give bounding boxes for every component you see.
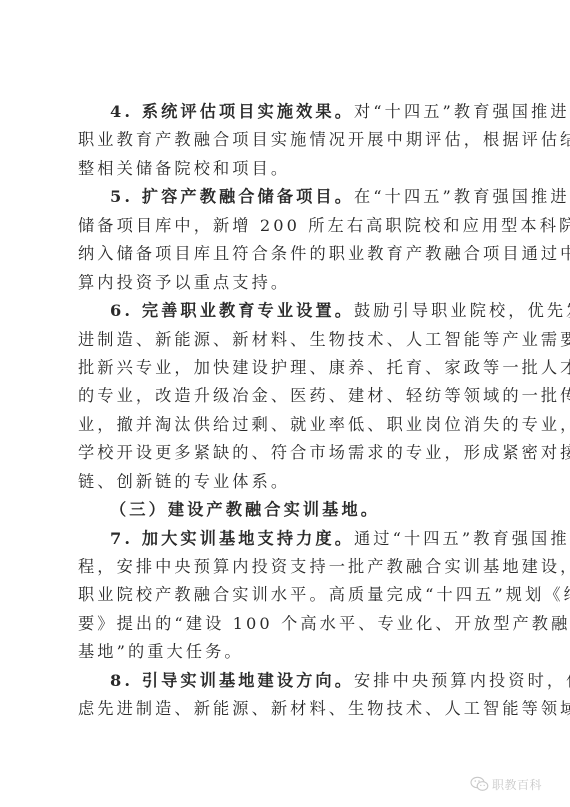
paragraph-heading: 7. 加大实训基地支持力度。 <box>110 529 354 548</box>
document-page: 4. 系统评估项目实施效果。对“十四五”教育强国推进工程职业教育产教融合项目实施… <box>0 0 570 807</box>
paragraph-first-line: 5. 扩容产教融合储备项目。在“十四五”教育强国推进工程 <box>78 183 496 211</box>
paragraph-first-line: （三）建设产教融合实训基地。 <box>78 496 496 524</box>
paragraph-text: 对“十四五”教育强国推进工程 <box>354 102 570 121</box>
paragraph-line: 批新兴专业，加快建设护理、康养、托育、家政等一批人才紧缺 <box>78 354 496 382</box>
paragraph-line: 链、创新链的专业体系。 <box>78 468 496 496</box>
paragraph-heading: 6. 完善职业教育专业设置。 <box>110 301 354 320</box>
paragraph-first-line: 6. 完善职业教育专业设置。鼓励引导职业院校，优先发展先 <box>78 297 496 325</box>
paragraph-text: 纳入储备项目库且符合条件的职业教育产教融合项目通过中央预 <box>78 244 570 263</box>
paragraph-text: 批新兴专业，加快建设护理、康养、托育、家政等一批人才紧缺 <box>78 358 570 377</box>
paragraph-line: 职业教育产教融合项目实施情况开展中期评估，根据评估结果调 <box>78 126 496 154</box>
paragraph-line: 学校开设更多紧缺的、符合市场需求的专业，形成紧密对接产业 <box>78 439 496 467</box>
paragraph-text: 通过“十四五”教育强国推进工 <box>354 529 570 548</box>
paragraph-heading: 8. 引导实训基地建设方向。 <box>110 671 354 690</box>
paragraph-text: 业，撤并淘汰供给过剩、就业率低、职业岗位消失的专业，鼓励 <box>78 415 570 434</box>
paragraph-line: 要》提出的“建设 100 个高水平、专业化、开放型产教融合实训 <box>78 610 496 638</box>
wechat-icon <box>470 776 490 792</box>
paragraph-line: 虑先进制造、新能源、新材料、生物技术、人工智能等领域以及 <box>78 695 496 723</box>
paragraph-line: 基地”的重大任务。 <box>78 638 496 666</box>
paragraph-text: 学校开设更多紧缺的、符合市场需求的专业，形成紧密对接产业 <box>78 443 570 462</box>
paragraph-text: 在“十四五”教育强国推进工程 <box>354 187 570 206</box>
paragraph-text: 链、创新链的专业体系。 <box>78 472 290 491</box>
paragraph-line: 储备项目库中，新增 200 所左右高职院校和应用型本科院校，对 <box>78 212 496 240</box>
paragraph-text: 算内投资予以重点支持。 <box>78 273 290 292</box>
paragraph-heading: 4. 系统评估项目实施效果。 <box>110 102 354 121</box>
paragraph-text: 程，安排中央预算内投资支持一批产教融合实训基地建设，提升 <box>78 557 570 576</box>
watermark-text: 职教百科 <box>492 776 542 793</box>
paragraph-text: 职业院校产教融合实训水平。高质量完成“十四五”规划《纲 <box>78 585 570 604</box>
paragraph-first-line: 7. 加大实训基地支持力度。通过“十四五”教育强国推进工 <box>78 525 496 553</box>
paragraph-text: 的专业，改造升级冶金、医药、建材、轻纺等领域的一批传统专 <box>78 386 570 405</box>
paragraph-text: 鼓励引导职业院校，优先发展先 <box>354 301 570 320</box>
paragraph-line: 算内投资予以重点支持。 <box>78 269 496 297</box>
paragraph-text: 储备项目库中，新增 200 所左右高职院校和应用型本科院校，对 <box>78 216 570 235</box>
paragraph-line: 职业院校产教融合实训水平。高质量完成“十四五”规划《纲 <box>78 581 496 609</box>
paragraph-text: 要》提出的“建设 100 个高水平、专业化、开放型产教融合实训 <box>78 614 570 633</box>
paragraph-heading: 5. 扩容产教融合储备项目。 <box>110 187 354 206</box>
paragraph-text: 整相关储备院校和项目。 <box>78 159 290 178</box>
document-body: 4. 系统评估项目实施效果。对“十四五”教育强国推进工程职业教育产教融合项目实施… <box>78 98 496 724</box>
paragraph-text: 进制造、新能源、新材料、生物技术、人工智能等产业需要的一 <box>78 330 570 349</box>
paragraph-text: 职业教育产教融合项目实施情况开展中期评估，根据评估结果调 <box>78 130 570 149</box>
paragraph-line: 整相关储备院校和项目。 <box>78 155 496 183</box>
watermark: 职教百科 <box>470 775 542 793</box>
paragraph-line: 程，安排中央预算内投资支持一批产教融合实训基地建设，提升 <box>78 553 496 581</box>
paragraph-text: 虑先进制造、新能源、新材料、生物技术、人工智能等领域以及 <box>78 699 570 718</box>
paragraph-line: 进制造、新能源、新材料、生物技术、人工智能等产业需要的一 <box>78 326 496 354</box>
paragraph-first-line: 8. 引导实训基地建设方向。安排中央预算内投资时，优先考 <box>78 667 496 695</box>
paragraph-first-line: 4. 系统评估项目实施效果。对“十四五”教育强国推进工程 <box>78 98 496 126</box>
paragraph-heading: （三）建设产教融合实训基地。 <box>110 500 380 519</box>
paragraph-line: 业，撤并淘汰供给过剩、就业率低、职业岗位消失的专业，鼓励 <box>78 411 496 439</box>
paragraph-text: 安排中央预算内投资时，优先考 <box>354 671 570 690</box>
paragraph-line: 纳入储备项目库且符合条件的职业教育产教融合项目通过中央预 <box>78 240 496 268</box>
paragraph-line: 的专业，改造升级冶金、医药、建材、轻纺等领域的一批传统专 <box>78 382 496 410</box>
paragraph-text: 基地”的重大任务。 <box>78 642 244 661</box>
